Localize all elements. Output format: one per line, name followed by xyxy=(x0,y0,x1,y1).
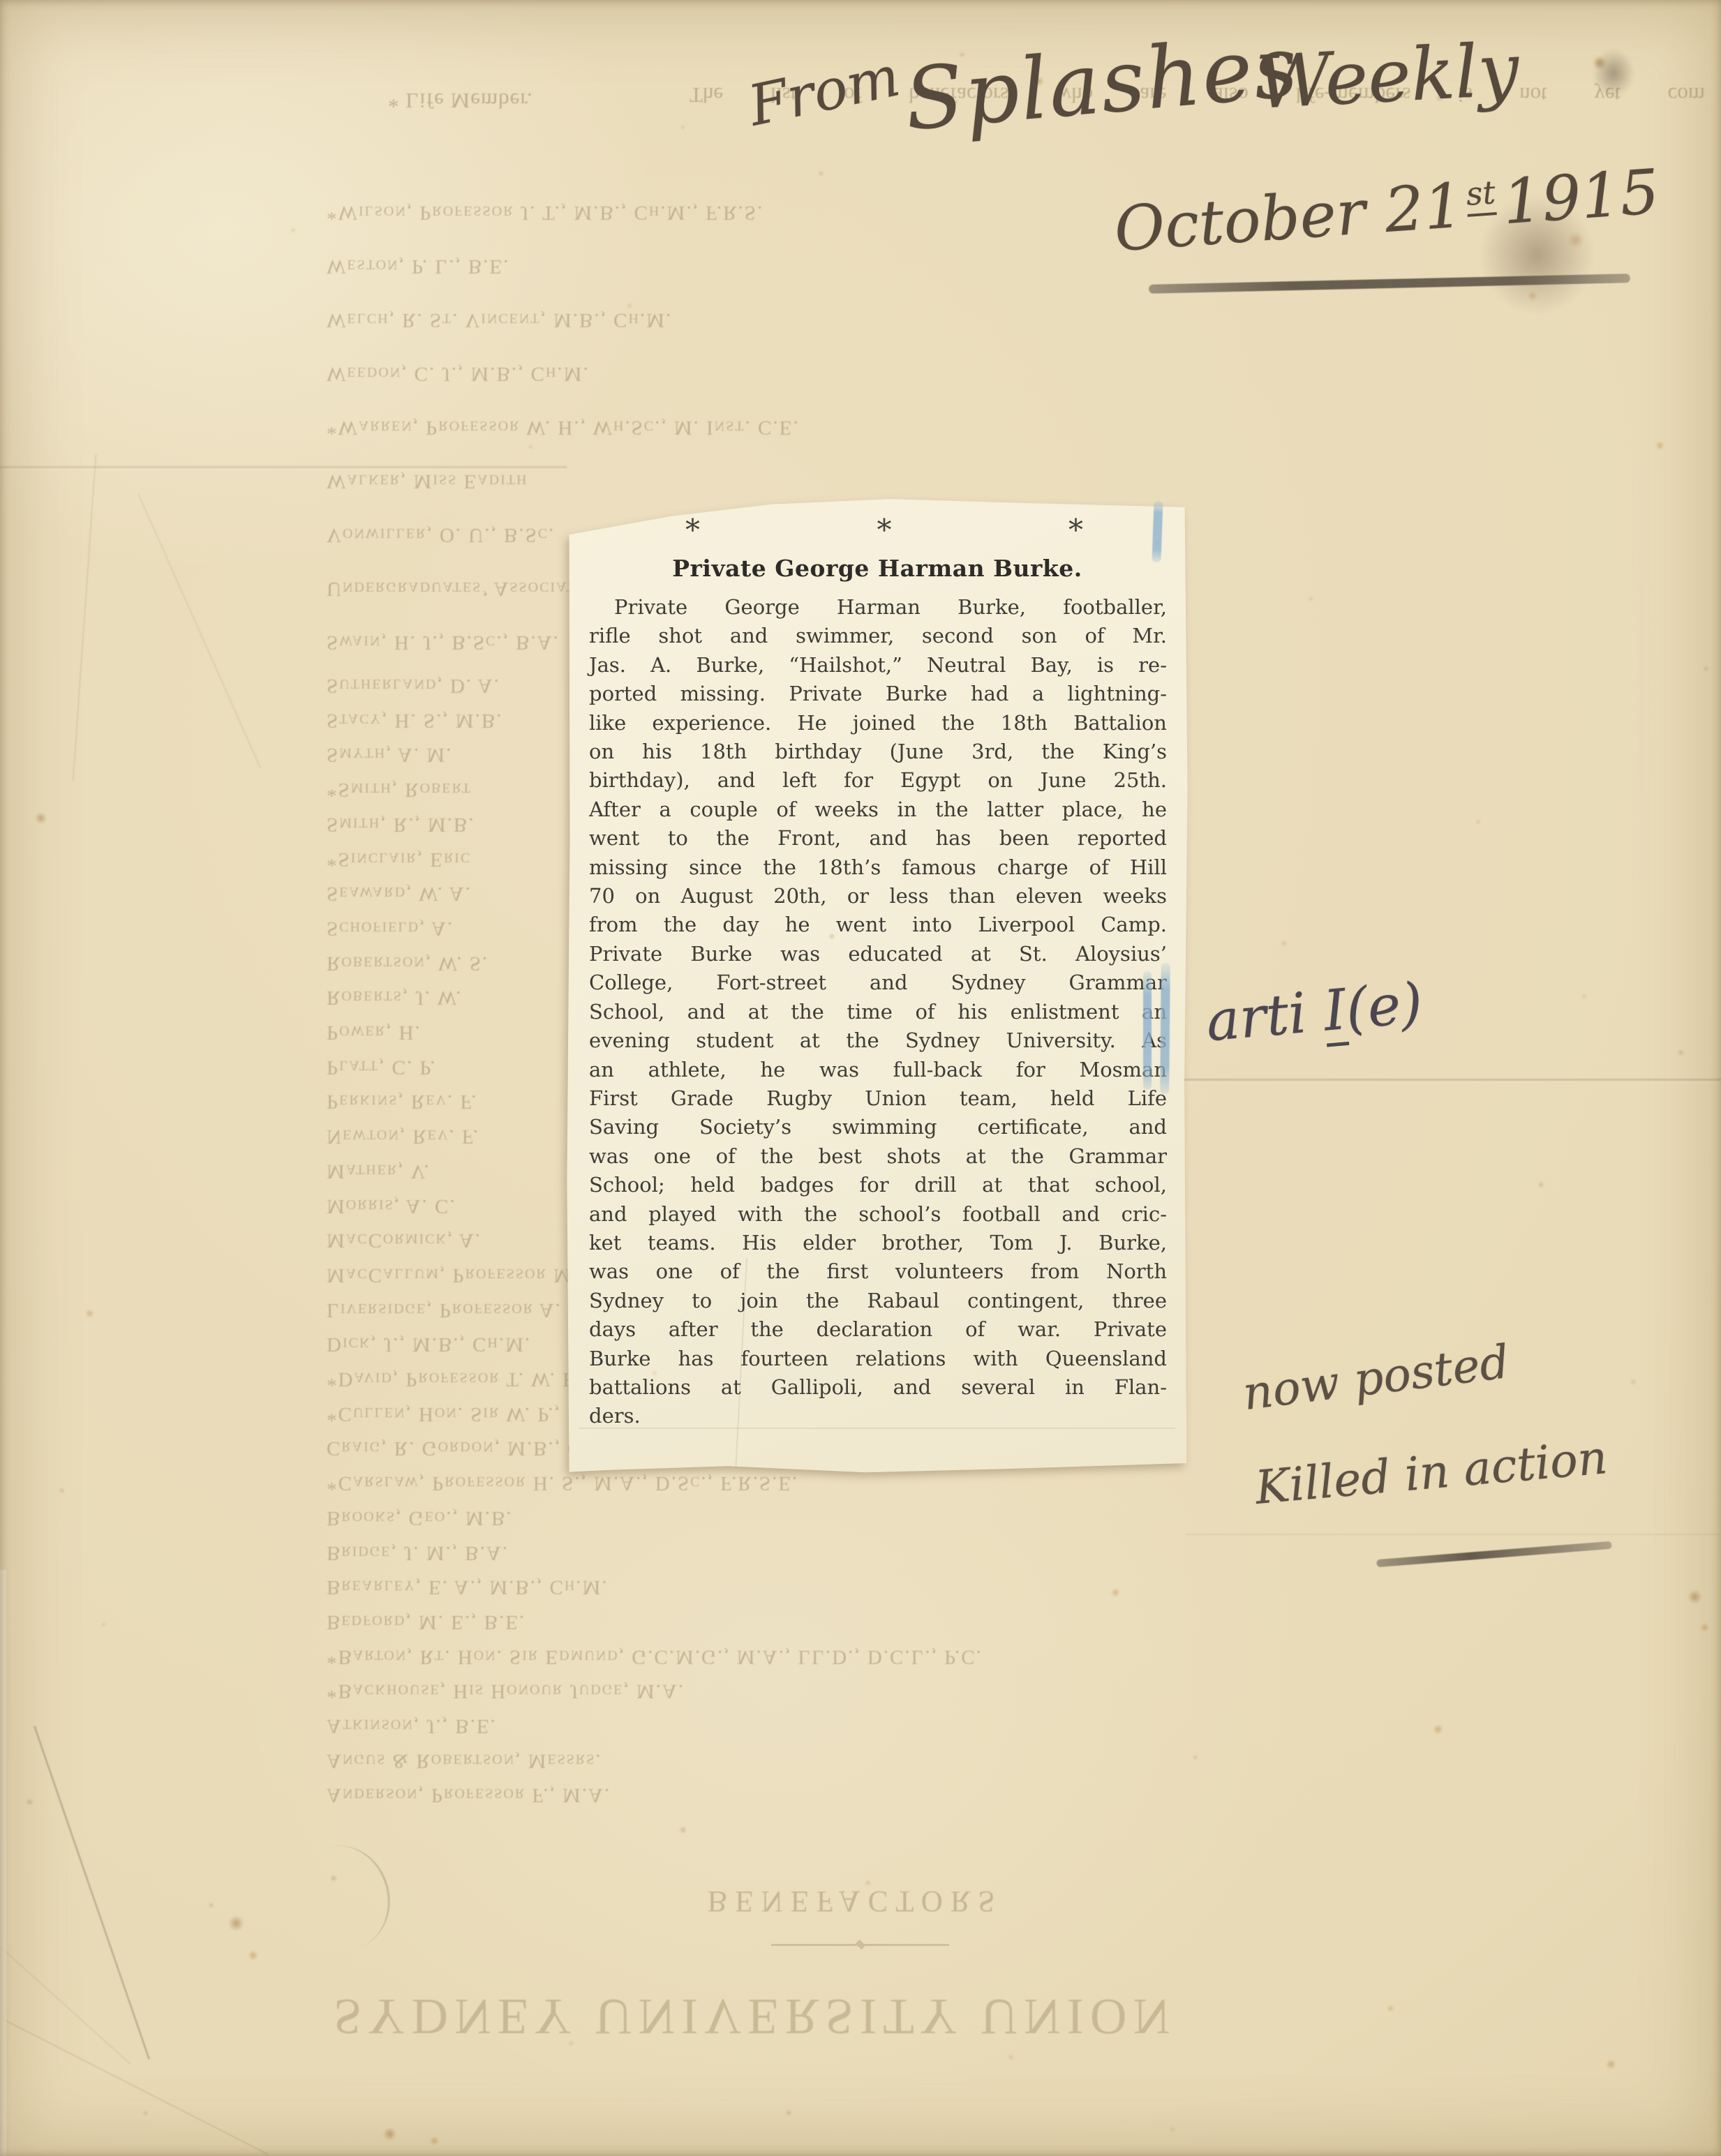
bleedthrough-name: Smyth, A. M. xyxy=(327,743,452,766)
date-year: 1915 xyxy=(1500,156,1662,238)
bleedthrough-name: *Barton, Rt. Hon. Sir Edmund, G.C.M.G., … xyxy=(327,1645,983,1668)
clipping-body-line: rifle shot and swimmer, second son of Mr… xyxy=(589,622,1167,650)
bleedthrough-name: Vonwiller, O. U., B.Sc. xyxy=(327,523,555,546)
bleedthrough-name: *Wilson, Professor J. T., M.B., Ch.M., F… xyxy=(327,201,763,224)
clipping-body-line: Private Burke was educated at St. Aloysi… xyxy=(589,940,1167,968)
bleedthrough-name: *Smith, Robert xyxy=(327,778,472,801)
clipping-body-line: Saving Society’s swimming certificate, a… xyxy=(589,1113,1167,1141)
bleedthrough-union-title: SYDNEY UNIVERSITY UNION xyxy=(334,1987,1346,2046)
bleedthrough-name: Atkinson, J., B.E. xyxy=(327,1714,497,1737)
fold-crease xyxy=(1179,1079,1721,1081)
bleedthrough-name: Liversidge, Professor A. xyxy=(327,1298,562,1322)
clipping-body-line: School; held badges for drill at that sc… xyxy=(589,1171,1167,1199)
bleedthrough-name: Brooks, Geo., M.B. xyxy=(327,1506,513,1529)
clipping-body-line: Private George Harman Burke, footballer, xyxy=(589,593,1167,622)
clipping-body-line: like experience. He joined the 18th Batt… xyxy=(589,709,1167,738)
date-ordinal: st xyxy=(1465,174,1497,217)
asterisk-icon: * xyxy=(1068,516,1083,545)
bleedthrough-name: Seaward, W. A. xyxy=(327,882,472,905)
bleedthrough-name: Smith, R., M.B. xyxy=(327,813,475,836)
asterisk-icon: * xyxy=(685,516,700,545)
bleedthrough-name: Bridge, J. M., B.A. xyxy=(327,1541,509,1564)
bleedthrough-benefactors-heading: BENEFACTORS xyxy=(705,1884,1005,1918)
bleedthrough-name: Morris, A. C. xyxy=(327,1195,456,1218)
bleedthrough-name: *Backhouse, His Honour Judge, M.A. xyxy=(327,1679,685,1702)
clipping-body-line: birthday), and left for Egypt on June 25… xyxy=(589,766,1167,795)
bleedthrough-name: Stacy, H. S., M.B. xyxy=(327,709,502,732)
clipping-body-line: days after the declaration of war. Priva… xyxy=(589,1315,1167,1344)
clipping-body-line: College, Fort-street and Sydney Grammar xyxy=(589,968,1167,997)
clipping-body-line: ported missing. Private Burke had a ligh… xyxy=(589,680,1167,708)
clipping-body-line: on his 18th birthday (June 3rd, the King… xyxy=(589,738,1167,766)
bleedthrough-name: Mather, V. xyxy=(327,1160,431,1183)
bleedthrough-name: Robertson, W. S. xyxy=(327,952,489,975)
clipping-body-line: an athlete, he was full-back for Mosman xyxy=(589,1056,1167,1084)
paper-edge xyxy=(0,1570,6,2156)
fold-crease xyxy=(1186,1534,1721,1535)
clipping-body-line: and played with the school’s football an… xyxy=(589,1200,1167,1229)
clipping-body-text: Private George Harman Burke, footballer,… xyxy=(589,593,1167,1431)
bleedthrough-name: Walker, Miss Eadith xyxy=(327,470,528,493)
clipping-body-line: School, and at the time of his enlistmen… xyxy=(589,998,1167,1026)
bleedthrough-name: Perkins, Rev. F. xyxy=(327,1090,477,1113)
bleedthrough-name: Platt, C. P. xyxy=(327,1056,437,1079)
clipping-crease xyxy=(579,1428,1175,1429)
bleedthrough-name: Power, H. xyxy=(327,1021,422,1044)
bleedthrough-name: Bedford, M. E., B.E. xyxy=(327,1610,526,1633)
clipping-headline: Private George Harman Burke. xyxy=(567,555,1188,582)
fold-crease xyxy=(0,466,567,468)
clipping-body-line: battalions at Gallipoli, and several in … xyxy=(589,1373,1167,1402)
ink-smudge xyxy=(1593,49,1634,98)
clipping-body-line: First Grade Rugby Union team, held Life xyxy=(589,1084,1167,1113)
reference-pre: arti xyxy=(1204,979,1327,1054)
bleedthrough-name: Sutherland, D. A. xyxy=(327,674,500,697)
blue-pencil-mark xyxy=(1143,971,1152,1090)
scanned-document-page: * Life Member. The list of benefactors w… xyxy=(0,0,1721,2156)
clipping-body-line: ders. xyxy=(589,1402,1167,1430)
bleedthrough-name: Schofield, A. xyxy=(327,917,454,940)
bleedthrough-name: Dick, J., M.B., Ch.M. xyxy=(327,1333,531,1356)
clipping-body-line: Sydney to join the Rabaul contingent, th… xyxy=(589,1287,1167,1315)
bleedthrough-name: *Carslaw, Professor H. S., M.A., D.Sc., … xyxy=(327,1472,798,1495)
asterisk-icon: * xyxy=(877,516,892,545)
bleedthrough-name: Weston, P. L., B.E. xyxy=(327,255,509,278)
clipping-body-line: went to the Front, and has been reported xyxy=(589,824,1167,853)
bleedthrough-name: Undergraduates’ Association xyxy=(327,577,605,600)
bleedthrough-name: Weedon, C. J., M.B., Ch.M. xyxy=(327,362,590,385)
clipping-body-line: Burke has fourteen relations with Queens… xyxy=(589,1345,1167,1373)
clipping-body-line: 70 on August 20th, or less than eleven w… xyxy=(589,882,1167,911)
clipping-body-line: After a couple of weeks in the latter pl… xyxy=(589,795,1167,824)
clipping-body-line: evening student at the Sydney University… xyxy=(589,1026,1167,1055)
bleedthrough-name: Welch, R. St. Vincent, M.B., Ch.M. xyxy=(327,308,672,331)
bleedthrough-name: MacCormick, A. xyxy=(327,1229,482,1252)
clipping-body-line: missing since the 18th’s famous charge o… xyxy=(589,853,1167,882)
clipping-body-line: from the day he went into Liverpool Camp… xyxy=(589,911,1167,939)
bleedthrough-name: Swain, H. J., B.Sc., B.A. xyxy=(327,631,560,654)
asterisk-separator-row: * * * xyxy=(567,497,1188,545)
handwriting-source-title: Weekly xyxy=(1254,27,1521,126)
bleedthrough-ornament-rule xyxy=(771,1944,949,1946)
bleedthrough-name: Brearley, E. A., M.B., Ch.M. xyxy=(327,1575,609,1599)
clipping-body-line: was one of the best shots at the Grammar xyxy=(589,1142,1167,1171)
clipping-body-line: ket teams. His elder brother, Tom J. Bur… xyxy=(589,1229,1167,1257)
blue-pencil-mark xyxy=(1160,963,1170,1094)
newspaper-clipping: * * * Private George Harman Burke. Priva… xyxy=(567,497,1188,1473)
bleedthrough-name: *Sinclair, Eric xyxy=(327,848,471,871)
clipping-body-line: Jas. A. Burke, “Hailshot,” Neutral Bay, … xyxy=(589,651,1167,680)
bleedthrough-name: Roberts, J. W. xyxy=(327,986,463,1009)
bleedthrough-name: *Warren, Professor W. H., Wh.Sc., M. Ins… xyxy=(327,416,800,439)
bleedthrough-name: Newton, Rev. F. xyxy=(327,1125,479,1148)
clipping-body-line: was one of the first volunteers from Nor… xyxy=(589,1257,1167,1286)
bleedthrough-name: Angus & Robertson, Messrs. xyxy=(327,1749,602,1772)
bleedthrough-name: Anderson, Professor F., M.A. xyxy=(327,1783,611,1806)
reference-post: (e) xyxy=(1343,971,1424,1042)
